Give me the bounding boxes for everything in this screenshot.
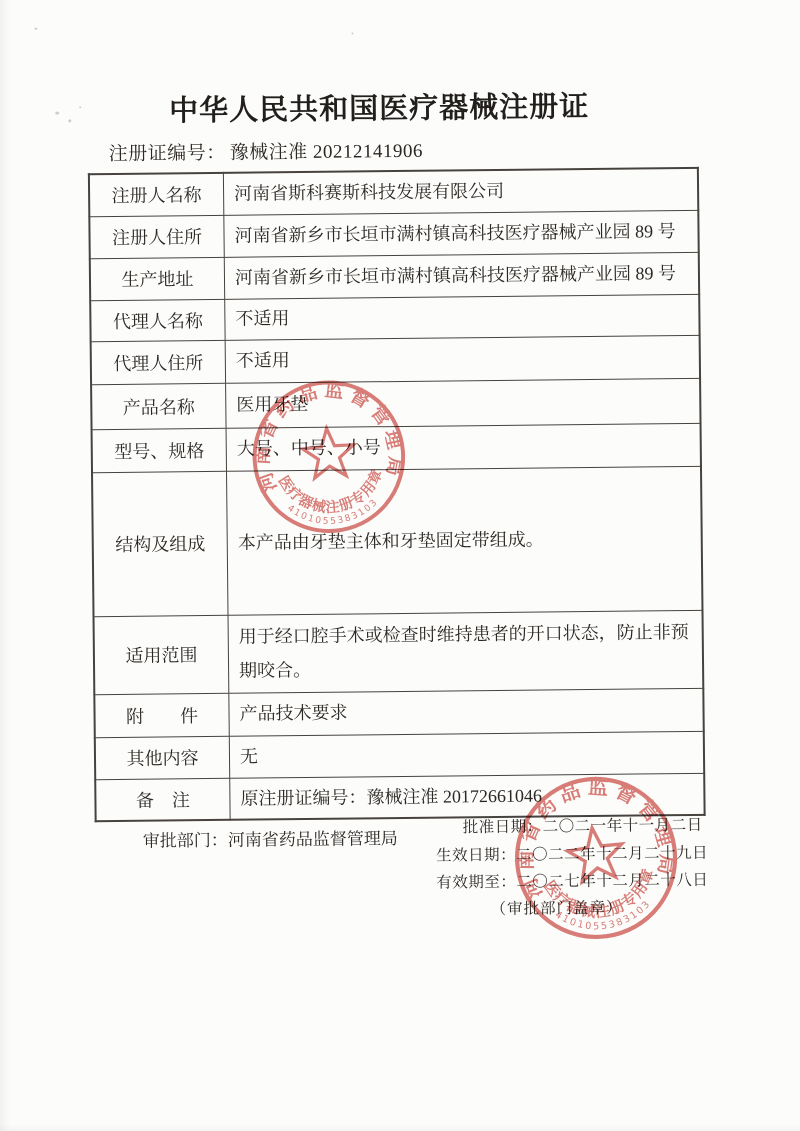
field-value: 河南省新乡市长垣市满村镇高科技医疗器械产业园 89 号	[224, 252, 699, 299]
field-label: 结构及组成	[92, 471, 228, 616]
field-value: 产品技术要求	[229, 688, 704, 736]
scan-speck	[34, 28, 37, 30]
certificate-number-value: 豫械注准 20212141906	[230, 141, 423, 164]
field-label: 注册人住所	[89, 215, 224, 258]
field-value: 无	[229, 731, 704, 778]
field-value: 用于经口腔手术或检查时维持患者的开口状态，防止非预期咬合。	[228, 610, 703, 693]
approval-date: 批准日期：二〇二一年十一月二日	[463, 813, 703, 838]
field-label: 备 注	[95, 778, 230, 821]
field-value: 不适用	[225, 335, 700, 383]
field-label: 适用范围	[94, 615, 229, 694]
field-value: 医用牙垫	[226, 378, 701, 428]
field-label: 附 件	[94, 693, 229, 737]
table-row: 结构及组成 本产品由牙垫主体和牙垫固定带组成。	[92, 466, 702, 616]
field-label: 其他内容	[95, 736, 230, 779]
field-value: 不适用	[225, 294, 700, 340]
field-label: 代理人住所	[91, 340, 226, 384]
table-row: 注册人住所 河南省新乡市长垣市满村镇高科技医疗器械产业园 89 号	[89, 210, 698, 258]
table-row: 其他内容 无	[95, 731, 704, 779]
field-value: 本产品由牙垫主体和牙垫固定带组成。	[226, 466, 702, 615]
table-row: 代理人住所 不适用	[91, 335, 700, 384]
table-row: 产品名称 医用牙垫	[91, 378, 700, 429]
table-row: 型号、规格 大号、中号、小号	[92, 423, 701, 472]
certificate-number-label: 注册证编号：	[109, 143, 226, 165]
table-row: 生产地址 河南省新乡市长垣市满村镇高科技医疗器械产业园 89 号	[90, 252, 699, 300]
medical-device-certificate: 中华人民共和国医疗器械注册证 注册证编号：豫械注准 20212141906 注册…	[0, 0, 800, 1131]
field-value: 大号、中号、小号	[226, 423, 701, 471]
field-value: 河南省斯科赛斯科技发展有限公司	[223, 168, 698, 215]
field-label: 型号、规格	[92, 428, 227, 472]
effective-date: 生效日期：二〇二二年十二月二十九日	[436, 841, 708, 866]
seal-here-note: （审批部门盖章）	[490, 896, 622, 919]
field-label: 代理人名称	[90, 299, 225, 341]
field-value: 河南省新乡市长垣市满村镇高科技医疗器械产业园 89 号	[224, 210, 699, 257]
table-row: 附 件 产品技术要求	[94, 688, 703, 737]
table-row: 代理人名称 不适用	[90, 294, 699, 341]
certificate-number-line: 注册证编号：豫械注准 20212141906	[109, 136, 424, 166]
page-title: 中华人民共和国医疗器械注册证	[0, 82, 763, 131]
table-row: 适用范围 用于经口腔手术或检查时维持患者的开口状态，防止非预期咬合。	[94, 610, 704, 694]
certificate-table: 注册人名称 河南省斯科赛斯科技发展有限公司 注册人住所 河南省新乡市长垣市满村镇…	[88, 167, 706, 822]
valid-until-date: 有效期至：二〇二七年十二月二十八日	[436, 868, 708, 893]
field-label: 产品名称	[91, 383, 226, 429]
field-label: 生产地址	[90, 257, 225, 300]
scan-speck	[351, 32, 353, 34]
field-label: 注册人名称	[89, 173, 224, 216]
scanned-page: 中华人民共和国医疗器械注册证 注册证编号：豫械注准 20212141906 注册…	[0, 0, 800, 1131]
approval-department: 审批部门：河南省药品监督管理局	[143, 824, 398, 852]
table-row: 注册人名称 河南省斯科赛斯科技发展有限公司	[89, 168, 698, 216]
